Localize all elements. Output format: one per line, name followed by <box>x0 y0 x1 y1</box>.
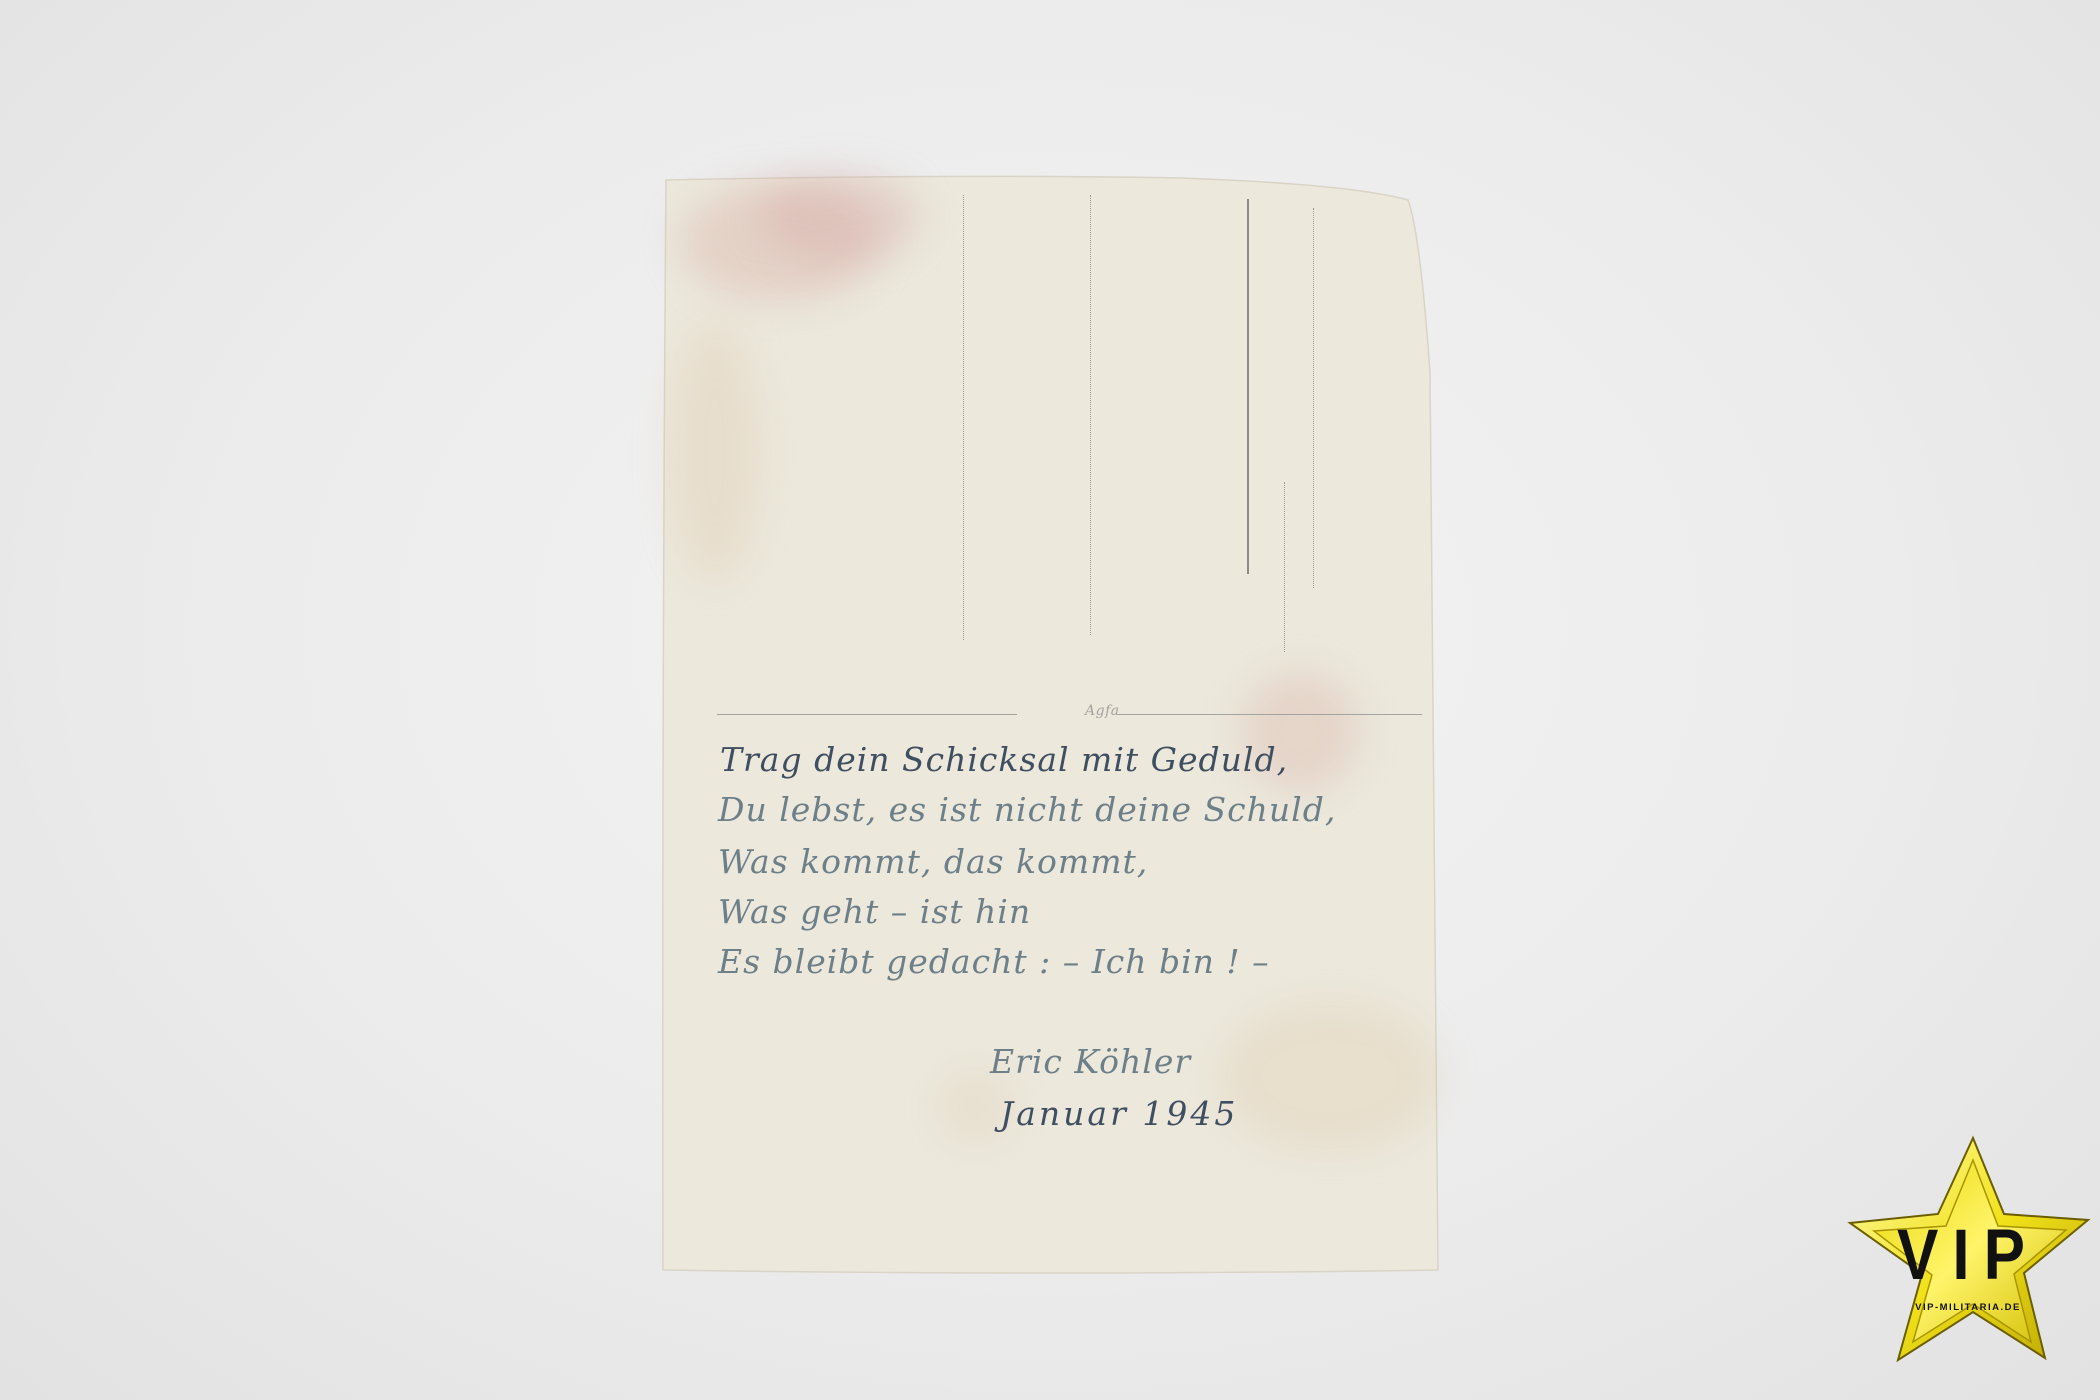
address-divider-line <box>1247 199 1249 574</box>
vip-militaria-watermark: VIP VIP-MILITARIA.DE <box>1838 1128 2098 1388</box>
dotted-line <box>1090 195 1091 635</box>
divider-rule-left <box>717 714 1017 715</box>
agfa-divider: Agfa <box>717 707 1422 721</box>
postcard-back: Agfa Trag dein Schicksal mit Geduld, Du … <box>660 172 1480 1282</box>
vip-url-text: VIP-MILITARIA.DE <box>1838 1302 2098 1313</box>
handwriting-line-1: Trag dein Schicksal mit Geduld, <box>720 740 1288 779</box>
signature: Eric Köhler <box>990 1042 1191 1081</box>
agfa-brand-text: Agfa <box>1085 703 1120 719</box>
handwriting-line-4: Was geht – ist hin <box>718 892 1031 931</box>
dotted-line <box>1313 208 1314 588</box>
dotted-line <box>1284 482 1285 652</box>
vip-logo-text: VIP <box>1838 1215 2098 1297</box>
date: Januar 1945 <box>1000 1094 1238 1133</box>
handwriting-line-3: Was kommt, das kommt, <box>718 842 1148 881</box>
handwriting-line-5: Es bleibt gedacht : – Ich bin ! – <box>718 942 1270 981</box>
dotted-line <box>963 195 964 640</box>
divider-rule-right <box>1117 714 1422 715</box>
handwriting-line-2: Du lebst, es ist nicht deine Schuld, <box>718 790 1336 829</box>
